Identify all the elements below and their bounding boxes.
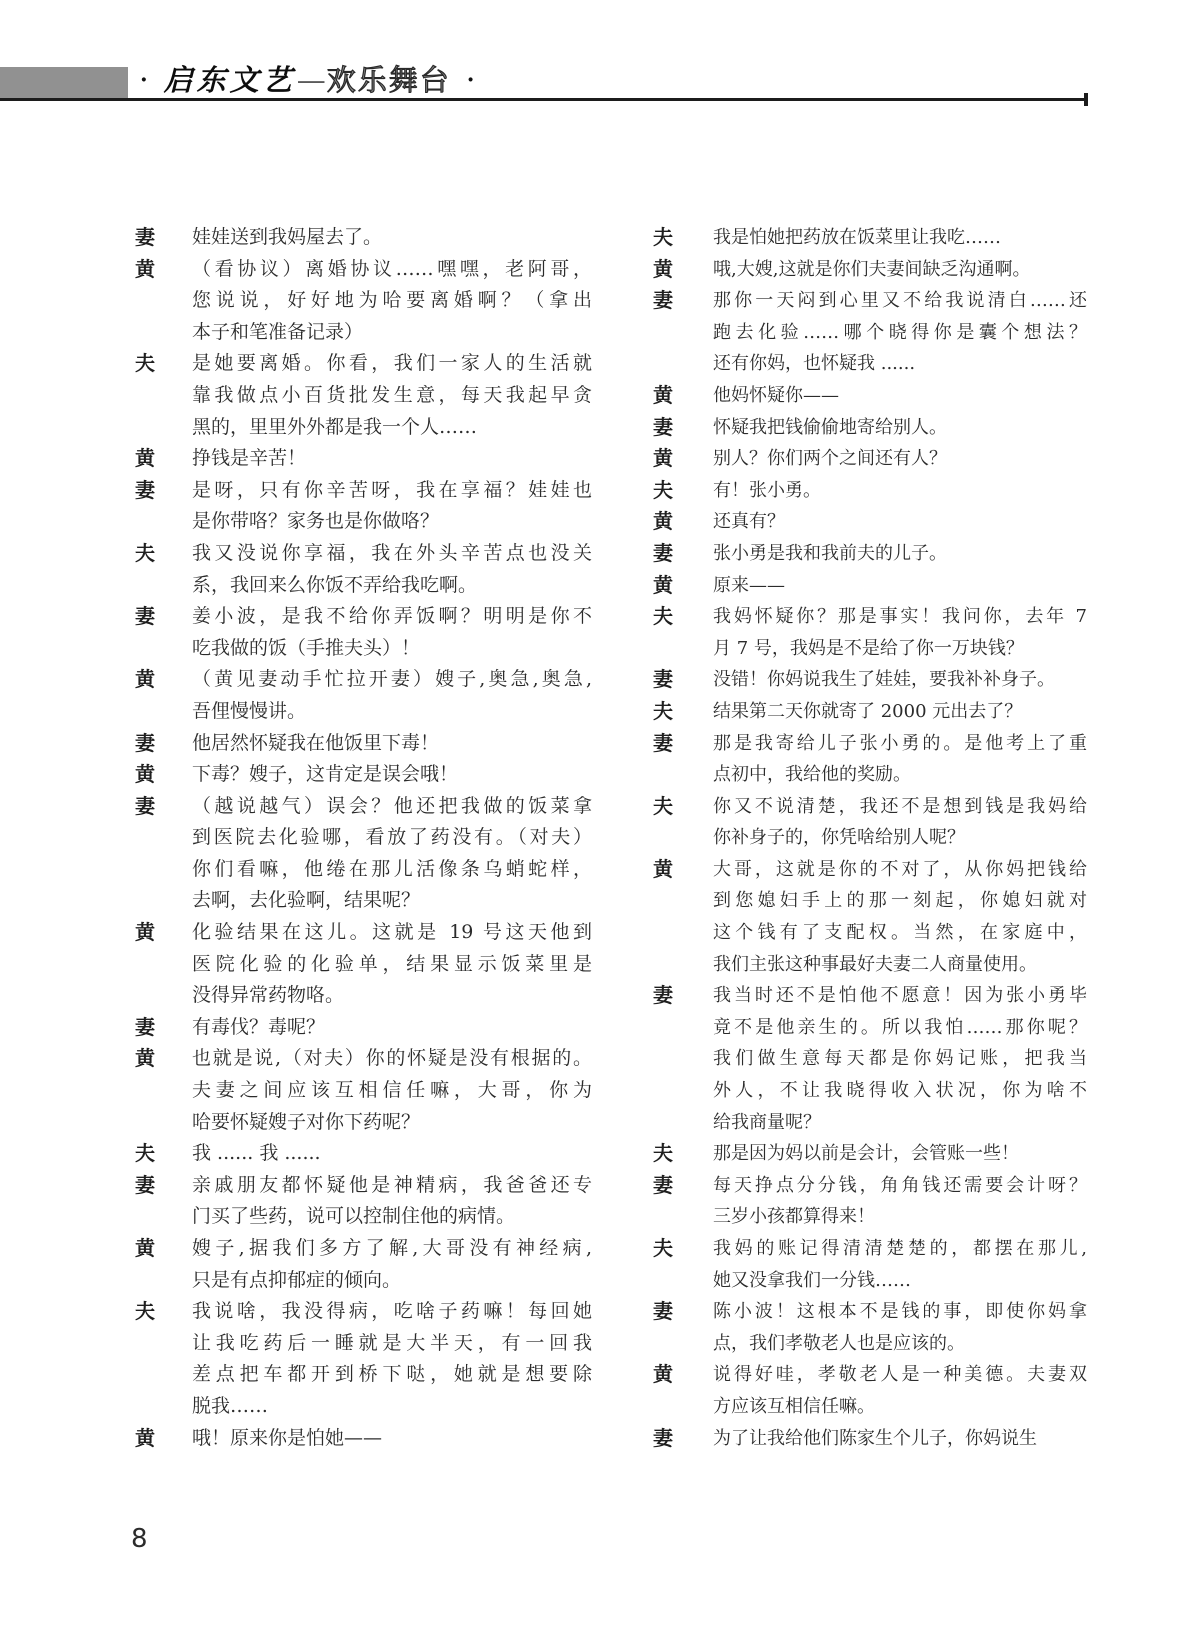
speech-line: 她又没拿我们一分钱…… — [713, 1265, 1087, 1297]
dialogue-entry: 夫我妈怀疑你？那是事实！我问你，去年 7月 7 号，我妈是不是给了你一万块钱？ — [653, 601, 1087, 664]
dialogue-entry: 妻没错！你妈说我生了娃娃，要我补补身子。 — [653, 664, 1087, 696]
speaker-label: 妻 — [135, 791, 192, 823]
speech: 我当时还不是怕他不愿意！因为张小勇毕竟不是他亲生的。所以我怕……那你呢？我们做生… — [713, 980, 1087, 1138]
dialogue-entry: 妻（越说越气）误会？他还把我做的饭菜拿到医院去化验哪，看放了药没有。（对夫）你们… — [135, 791, 592, 917]
speaker-label: 妻 — [653, 412, 713, 444]
speaker-label: 夫 — [135, 538, 192, 570]
speech: 挣钱是辛苦！ — [192, 443, 592, 475]
speaker-label: 黄 — [135, 1233, 192, 1265]
speech-line: 说得好哇，孝敬老人是一种美德。夫妻双 — [713, 1359, 1087, 1391]
speaker-label: 夫 — [653, 222, 713, 254]
dialogue-entry: 夫那是因为妈以前是会计，会管账一些！ — [653, 1138, 1087, 1170]
speech-line: 外人，不让我晓得收入状况，你为啥不 — [713, 1075, 1087, 1107]
dialogue-entry: 黄嫂子,据我们多方了解,大哥没有神经病,只是有点抑郁症的倾向。 — [135, 1233, 592, 1296]
speech: 我妈怀疑你？那是事实！我问你，去年 7月 7 号，我妈是不是给了你一万块钱？ — [713, 601, 1087, 664]
speech-line: 你们看嘛，他绻在那儿活像条乌蛸蛇样， — [192, 854, 592, 886]
dialogue-entry: 妻陈小波！这根本不是钱的事，即使你妈拿点，我们孝敬老人也是应该的。 — [653, 1296, 1087, 1359]
speech-line: 门买了些药，说可以控制住他的病情。 — [192, 1201, 592, 1233]
speech: 每天挣点分分钱，角角钱还需要会计呀？三岁小孩都算得来！ — [713, 1170, 1087, 1233]
dialogue-entry: 妻姜小波，是我不给你弄饭啊？明明是你不吃我做的饭（手推夫头）！ — [135, 601, 592, 664]
speech-line: 哦,大嫂,这就是你们夫妻间缺乏沟通啊。 — [713, 254, 1087, 286]
speech-line: 那你一天闷到心里又不给我说清白……还 — [713, 285, 1087, 317]
speaker-label: 夫 — [135, 1138, 192, 1170]
speech-line: 到您媳妇手上的那一刻起，你媳妇就对 — [713, 885, 1087, 917]
speech-line: 亲戚朋友都怀疑他是神精病，我爸爸还专 — [192, 1170, 592, 1202]
speech: （越说越气）误会？他还把我做的饭菜拿到医院去化验哪，看放了药没有。（对夫）你们看… — [192, 791, 592, 917]
speech-line: 结果第二天你就寄了 2000 元出去了？ — [713, 696, 1087, 728]
dialogue-entry: 夫我妈的账记得清清楚楚的，都摆在那儿,她又没拿我们一分钱…… — [653, 1233, 1087, 1296]
dialogue-entry: 妻娃娃送到我妈屋去了。 — [135, 222, 592, 254]
speech-line: 月 7 号，我妈是不是给了你一万块钱？ — [713, 633, 1087, 665]
dialogue-entry: 妻那你一天闷到心里又不给我说清白……还跑去化验……哪个晓得你是囊个想法？还有你妈… — [653, 285, 1087, 380]
speaker-label: 妻 — [653, 1423, 713, 1455]
speech: 亲戚朋友都怀疑他是神精病，我爸爸还专门买了些药，说可以控制住他的病情。 — [192, 1170, 592, 1233]
speech-line: 他妈怀疑你—— — [713, 380, 1087, 412]
speech-line: 有毒伐？毒呢？ — [192, 1012, 592, 1044]
dialogue-entry: 黄哦,大嫂,这就是你们夫妻间缺乏沟通啊。 — [653, 254, 1087, 286]
speech: 张小勇是我和我前夫的儿子。 — [713, 538, 1087, 570]
speech-line: 那是我寄给儿子张小勇的。是他考上了重 — [713, 728, 1087, 760]
speech-line: 怀疑我把钱偷偷地寄给别人。 — [713, 412, 1087, 444]
speech: 原来—— — [713, 570, 1087, 602]
speaker-label: 妻 — [135, 728, 192, 760]
header-gray-block — [0, 67, 128, 98]
speech: 我又没说你享福，我在外头辛苦点也没关系，我回来么你饭不弄给我吃啊。 — [192, 538, 592, 601]
dialogue-entry: 黄他妈怀疑你—— — [653, 380, 1087, 412]
dialogue-entry: 夫我说啥，我没得病，吃啥子药嘛！每回她让我吃药后一睡就是大半天，有一回我差点把车… — [135, 1296, 592, 1422]
speech-line: 下毒？嫂子，这肯定是误会哦！ — [192, 759, 592, 791]
magazine-title: 启东文艺 — [164, 62, 296, 98]
speaker-label: 黄 — [135, 664, 192, 696]
speech-line: 黑的，里里外外都是我一个人…… — [192, 412, 592, 444]
speech-line: 大哥，这就是你的不对了，从你妈把钱给 — [713, 854, 1087, 886]
speech-line: 三岁小孩都算得来！ — [713, 1201, 1087, 1233]
speech-line: 每天挣点分分钱，角角钱还需要会计呀？ — [713, 1170, 1087, 1202]
speech-line: 原来—— — [713, 570, 1087, 602]
speech-line: 系，我回来么你饭不弄给我吃啊。 — [192, 570, 592, 602]
speech: 结果第二天你就寄了 2000 元出去了？ — [713, 696, 1087, 728]
header-dot-left: · — [140, 62, 148, 98]
header-dot-right: · — [467, 62, 475, 98]
speech: 有！张小勇。 — [713, 475, 1087, 507]
speech-line: （越说越气）误会？他还把我做的饭菜拿 — [192, 791, 592, 823]
speech-line: 没错！你妈说我生了娃娃，要我补补身子。 — [713, 664, 1087, 696]
speech-line: 这个钱有了支配权。当然，在家庭中， — [713, 917, 1087, 949]
speech: 也就是说,（对夫）你的怀疑是没有根据的。夫妻之间应该互相信任嘛，大哥，你为哈要怀… — [192, 1043, 592, 1138]
speech-line: 嫂子,据我们多方了解,大哥没有神经病, — [192, 1233, 592, 1265]
dialogue-entry: 夫有！张小勇。 — [653, 475, 1087, 507]
left-text-column: 妻娃娃送到我妈屋去了。黄（看协议）离婚协议……嘿嘿，老阿哥，您说说，好好地为哈要… — [135, 222, 592, 1454]
speech-line: 竟不是他亲生的。所以我怕……那你呢？ — [713, 1012, 1087, 1044]
speech-line: 给我商量呢？ — [713, 1107, 1087, 1139]
speech-line: 差点把车都开到桥下哒，她就是想要除 — [192, 1359, 592, 1391]
speaker-label: 夫 — [653, 1138, 713, 1170]
dialogue-entry: 妻是呀，只有你辛苦呀，我在享福？娃娃也是你带咯？家务也是你做咯？ — [135, 475, 592, 538]
speech: 为了让我给他们陈家生个儿子，你妈说生 — [713, 1423, 1087, 1455]
speech: 你又不说清楚，我还不是想到钱是我妈给你补身子的，你凭啥给别人呢？ — [713, 791, 1087, 854]
speech-line: 点初中，我给他的奖励。 — [713, 759, 1087, 791]
speaker-label: 夫 — [653, 601, 713, 633]
dialogue-entry: 妻张小勇是我和我前夫的儿子。 — [653, 538, 1087, 570]
dialogue-entry: 妻有毒伐？毒呢？ — [135, 1012, 592, 1044]
page-number: 8 — [131, 1524, 148, 1554]
speech-line: 跑去化验……哪个晓得你是囊个想法？ — [713, 317, 1087, 349]
speech-line: 也就是说,（对夫）你的怀疑是没有根据的。 — [192, 1043, 592, 1075]
speech: 下毒？嫂子，这肯定是误会哦！ — [192, 759, 592, 791]
speaker-label: 妻 — [135, 222, 192, 254]
dialogue-entry: 妻那是我寄给儿子张小勇的。是他考上了重点初中，我给他的奖励。 — [653, 728, 1087, 791]
speech-line: 还有你妈，也怀疑我 ...... — [713, 348, 1087, 380]
dialogue-entry: 黄（看协议）离婚协议……嘿嘿，老阿哥，您说说，好好地为哈要离婚啊？（拿出本子和笔… — [135, 254, 592, 349]
speaker-label: 夫 — [653, 1233, 713, 1265]
speech-line: 靠我做点小百货批发生意，每天我起早贪 — [192, 380, 592, 412]
speech: 姜小波，是我不给你弄饭啊？明明是你不吃我做的饭（手推夫头）！ — [192, 601, 592, 664]
speech: 化验结果在这儿。这就是 19 号这天他到医院化验的化验单，结果显示饭菜里是没得异… — [192, 917, 592, 1012]
speech: 我 ...... 我 ...... — [192, 1138, 592, 1170]
speech-line: 陈小波！这根本不是钱的事，即使你妈拿 — [713, 1296, 1087, 1328]
speech: 是呀，只有你辛苦呀，我在享福？娃娃也是你带咯？家务也是你做咯？ — [192, 475, 592, 538]
speech: 那是因为妈以前是会计，会管账一些！ — [713, 1138, 1087, 1170]
dialogue-entry: 夫我是怕她把药放在饭菜里让我吃…… — [653, 222, 1087, 254]
speaker-label: 黄 — [653, 254, 713, 286]
dialogue-entry: 黄挣钱是辛苦！ — [135, 443, 592, 475]
speech-line: 医院化验的化验单，结果显示饭菜里是 — [192, 949, 592, 981]
speech-line: 夫妻之间应该互相信任嘛，大哥，你为 — [192, 1075, 592, 1107]
speaker-label: 黄 — [135, 917, 192, 949]
speech-line: 是你带咯？家务也是你做咯？ — [192, 506, 592, 538]
speaker-label: 妻 — [653, 538, 713, 570]
speech-line: 娃娃送到我妈屋去了。 — [192, 222, 592, 254]
dialogue-entry: 夫我 ...... 我 ...... — [135, 1138, 592, 1170]
section-title: 欢乐舞台 — [327, 62, 451, 98]
magazine-page: · 启东文艺 — 欢乐舞台 · 妻娃娃送到我妈屋去了。黄（看协议）离婚协议……嘿… — [0, 0, 1200, 1639]
speaker-label: 黄 — [135, 1043, 192, 1075]
speech-line: 你又不说清楚，我还不是想到钱是我妈给 — [713, 791, 1087, 823]
dialogue-entry: 妻亲戚朋友都怀疑他是神精病，我爸爸还专门买了些药，说可以控制住他的病情。 — [135, 1170, 592, 1233]
speaker-label: 黄 — [653, 1359, 713, 1391]
speech: 怀疑我把钱偷偷地寄给别人。 — [713, 412, 1087, 444]
speech-line: 只是有点抑郁症的倾向。 — [192, 1265, 592, 1297]
speaker-label: 妻 — [135, 601, 192, 633]
speech-line: 方应该互相信任嘛。 — [713, 1391, 1087, 1423]
speaker-label: 黄 — [653, 506, 713, 538]
speech-line: 我是怕她把药放在饭菜里让我吃…… — [713, 222, 1087, 254]
speech-line: 吾俚慢慢讲。 — [192, 696, 592, 728]
speech-line: 我们做生意每天都是你妈记账，把我当 — [713, 1043, 1087, 1075]
speaker-label: 黄 — [653, 443, 713, 475]
speech: 有毒伐？毒呢？ — [192, 1012, 592, 1044]
speech-line: 我妈的账记得清清楚楚的，都摆在那儿, — [713, 1233, 1087, 1265]
speech-line: 哦！原来你是怕她—— — [192, 1423, 592, 1455]
speech-line: 我妈怀疑你？那是事实！我问你，去年 7 — [713, 601, 1087, 633]
header-rule-line — [0, 98, 1088, 101]
speaker-label: 妻 — [653, 1296, 713, 1328]
dialogue-entry: 黄下毒？嫂子，这肯定是误会哦！ — [135, 759, 592, 791]
speech-line: 让我吃药后一睡就是大半天，有一回我 — [192, 1328, 592, 1360]
speech-line: 是呀，只有你辛苦呀，我在享福？娃娃也 — [192, 475, 592, 507]
dialogue-entry: 黄大哥，这就是你的不对了，从你妈把钱给到您媳妇手上的那一刻起，你媳妇就对这个钱有… — [653, 854, 1087, 980]
speaker-label: 妻 — [135, 1170, 192, 1202]
speaker-label: 夫 — [653, 791, 713, 823]
header-separator-dash: — — [297, 62, 326, 98]
speech-line: 那是因为妈以前是会计，会管账一些！ — [713, 1138, 1087, 1170]
speech: 还真有？ — [713, 506, 1087, 538]
speech-line: 没得异常药物咯。 — [192, 980, 592, 1012]
speech-line: 脱我…… — [192, 1391, 592, 1423]
speaker-label: 黄 — [135, 759, 192, 791]
speech-line: 挣钱是辛苦！ — [192, 443, 592, 475]
speaker-label: 妻 — [653, 980, 713, 1012]
speech: 没错！你妈说我生了娃娃，要我补补身子。 — [713, 664, 1087, 696]
speech: 他妈怀疑你—— — [713, 380, 1087, 412]
speech: 嫂子,据我们多方了解,大哥没有神经病,只是有点抑郁症的倾向。 — [192, 1233, 592, 1296]
speech: 大哥，这就是你的不对了，从你妈把钱给到您媳妇手上的那一刻起，你媳妇就对这个钱有了… — [713, 854, 1087, 980]
speech-line: 你补身子的，你凭啥给别人呢？ — [713, 822, 1087, 854]
speech-line: 我又没说你享福，我在外头辛苦点也没关 — [192, 538, 592, 570]
speaker-label: 妻 — [135, 475, 192, 507]
speech: 陈小波！这根本不是钱的事，即使你妈拿点，我们孝敬老人也是应该的。 — [713, 1296, 1087, 1359]
dialogue-entry: 妻怀疑我把钱偷偷地寄给别人。 — [653, 412, 1087, 444]
speaker-label: 夫 — [653, 696, 713, 728]
speaker-label: 黄 — [653, 570, 713, 602]
speech: 他居然怀疑我在他饭里下毒！ — [192, 728, 592, 760]
speaker-label: 黄 — [135, 1423, 192, 1455]
speech: 哦！原来你是怕她—— — [192, 1423, 592, 1455]
speech: 哦,大嫂,这就是你们夫妻间缺乏沟通啊。 — [713, 254, 1087, 286]
speech: 我妈的账记得清清楚楚的，都摆在那儿,她又没拿我们一分钱…… — [713, 1233, 1087, 1296]
speaker-label: 夫 — [653, 475, 713, 507]
speech-line: 姜小波，是我不给你弄饭啊？明明是你不 — [192, 601, 592, 633]
speech-line: 有！张小勇。 — [713, 475, 1087, 507]
dialogue-entry: 夫我又没说你享福，我在外头辛苦点也没关系，我回来么你饭不弄给我吃啊。 — [135, 538, 592, 601]
speech: 娃娃送到我妈屋去了。 — [192, 222, 592, 254]
speech-line: 他居然怀疑我在他饭里下毒！ — [192, 728, 592, 760]
speech: （看协议）离婚协议……嘿嘿，老阿哥，您说说，好好地为哈要离婚啊？（拿出本子和笔准… — [192, 254, 592, 349]
speech: 是她要离婚。你看，我们一家人的生活就靠我做点小百货批发生意，每天我起早贪黑的，里… — [192, 348, 592, 443]
dialogue-entry: 黄化验结果在这儿。这就是 19 号这天他到医院化验的化验单，结果显示饭菜里是没得… — [135, 917, 592, 1012]
dialogue-entry: 黄也就是说,（对夫）你的怀疑是没有根据的。夫妻之间应该互相信任嘛，大哥，你为哈要… — [135, 1043, 592, 1138]
speech: 我说啥，我没得病，吃啥子药嘛！每回她让我吃药后一睡就是大半天，有一回我差点把车都… — [192, 1296, 592, 1422]
speaker-label: 黄 — [653, 854, 713, 886]
section-header: · 启东文艺 — 欢乐舞台 · — [140, 62, 474, 98]
speech-line: （黄见妻动手忙拉开妻）嫂子,奥急,奥急, — [192, 664, 592, 696]
speech-line: 到医院去化验哪，看放了药没有。（对夫） — [192, 822, 592, 854]
dialogue-entry: 黄哦！原来你是怕她—— — [135, 1423, 592, 1455]
speech-line: 哈要怀疑嫂子对你下药呢？ — [192, 1107, 592, 1139]
dialogue-entry: 黄别人？你们两个之间还有人？ — [653, 443, 1087, 475]
speech-line: 别人？你们两个之间还有人？ — [713, 443, 1087, 475]
speech: 别人？你们两个之间还有人？ — [713, 443, 1087, 475]
speaker-label: 妻 — [653, 728, 713, 760]
speech-line: 您说说，好好地为哈要离婚啊？（拿出 — [192, 285, 592, 317]
speech-line: 张小勇是我和我前夫的儿子。 — [713, 538, 1087, 570]
dialogue-entry: 黄原来—— — [653, 570, 1087, 602]
speech-line: 我 ...... 我 ...... — [192, 1138, 592, 1170]
speaker-label: 夫 — [135, 1296, 192, 1328]
header-rule-end-tick — [1084, 93, 1088, 106]
speaker-label: 黄 — [135, 254, 192, 286]
speech-line: 还真有？ — [713, 506, 1087, 538]
speech-line: 去啊，去化验啊，结果呢？ — [192, 885, 592, 917]
speech-line: 我说啥，我没得病，吃啥子药嘛！每回她 — [192, 1296, 592, 1328]
speaker-label: 妻 — [653, 664, 713, 696]
speaker-label: 黄 — [653, 380, 713, 412]
speech-line: 吃我做的饭（手推夫头）！ — [192, 633, 592, 665]
speech: 那你一天闷到心里又不给我说清白……还跑去化验……哪个晓得你是囊个想法？还有你妈，… — [713, 285, 1087, 380]
speaker-label: 夫 — [135, 348, 192, 380]
speech-line: 是她要离婚。你看，我们一家人的生活就 — [192, 348, 592, 380]
dialogue-entry: 夫是她要离婚。你看，我们一家人的生活就靠我做点小百货批发生意，每天我起早贪黑的，… — [135, 348, 592, 443]
right-text-column: 夫我是怕她把药放在饭菜里让我吃……黄哦,大嫂,这就是你们夫妻间缺乏沟通啊。妻那你… — [653, 222, 1087, 1454]
dialogue-entry: 黄（黄见妻动手忙拉开妻）嫂子,奥急,奥急,吾俚慢慢讲。 — [135, 664, 592, 727]
speech: 说得好哇，孝敬老人是一种美德。夫妻双方应该互相信任嘛。 — [713, 1359, 1087, 1422]
dialogue-entry: 夫你又不说清楚，我还不是想到钱是我妈给你补身子的，你凭啥给别人呢？ — [653, 791, 1087, 854]
dialogue-entry: 妻每天挣点分分钱，角角钱还需要会计呀？三岁小孩都算得来！ — [653, 1170, 1087, 1233]
speech-line: 化验结果在这儿。这就是 19 号这天他到 — [192, 917, 592, 949]
speaker-label: 妻 — [653, 1170, 713, 1202]
speech-line: （看协议）离婚协议……嘿嘿，老阿哥， — [192, 254, 592, 286]
dialogue-entry: 黄说得好哇，孝敬老人是一种美德。夫妻双方应该互相信任嘛。 — [653, 1359, 1087, 1422]
speaker-label: 妻 — [135, 1012, 192, 1044]
speech: 那是我寄给儿子张小勇的。是他考上了重点初中，我给他的奖励。 — [713, 728, 1087, 791]
speech-line: 为了让我给他们陈家生个儿子，你妈说生 — [713, 1423, 1087, 1455]
dialogue-entry: 夫结果第二天你就寄了 2000 元出去了？ — [653, 696, 1087, 728]
dialogue-entry: 妻为了让我给他们陈家生个儿子，你妈说生 — [653, 1423, 1087, 1455]
speech: 我是怕她把药放在饭菜里让我吃…… — [713, 222, 1087, 254]
speech-line: 点，我们孝敬老人也是应该的。 — [713, 1328, 1087, 1360]
speech: （黄见妻动手忙拉开妻）嫂子,奥急,奥急,吾俚慢慢讲。 — [192, 664, 592, 727]
speech-line: 我当时还不是怕他不愿意！因为张小勇毕 — [713, 980, 1087, 1012]
speaker-label: 黄 — [135, 443, 192, 475]
dialogue-entry: 黄还真有？ — [653, 506, 1087, 538]
dialogue-entry: 妻他居然怀疑我在他饭里下毒！ — [135, 728, 592, 760]
speaker-label: 妻 — [653, 285, 713, 317]
speech-line: 本子和笔准备记录） — [192, 317, 592, 349]
dialogue-entry: 妻我当时还不是怕他不愿意！因为张小勇毕竟不是他亲生的。所以我怕……那你呢？我们做… — [653, 980, 1087, 1138]
speech-line: 我们主张这种事最好夫妻二人商量使用。 — [713, 949, 1087, 981]
